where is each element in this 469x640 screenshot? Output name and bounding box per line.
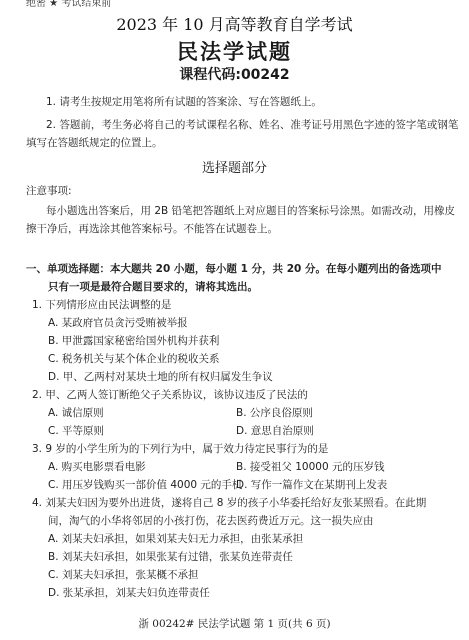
question-2-option-a: A. 诚信原则 bbox=[48, 405, 104, 420]
instruction-2-cont: 填写在答题纸规定的位置上。 bbox=[26, 135, 163, 150]
notes-label: 注意事项: bbox=[26, 183, 72, 198]
question-3-option-a: A. 购买电影票看电影 bbox=[48, 459, 146, 474]
instruction-2: 2. 答题前，考生务必将自己的考试课程名称、姓名、准考证号用黑色字迹的签字笔或钢… bbox=[46, 117, 458, 132]
question-1-option-b: B. 甲泄露国家秘密给国外机构并获利 bbox=[48, 333, 219, 348]
question-1-stem: 1. 下列情形应由民法调整的是 bbox=[32, 297, 171, 312]
question-4-option-d: D. 张某承担，刘某夫妇负连带责任 bbox=[48, 585, 210, 600]
exam-title: 2023 年 10 月高等教育自学考试 bbox=[0, 12, 469, 35]
question-3-option-c: C. 用压岁钱购买一部价值 4000 元的手机 bbox=[48, 477, 242, 492]
page-footer: 浙 00242# 民法学试题 第 1 页(共 6 页) bbox=[0, 616, 469, 631]
instruction-1: 1. 请考生按规定用笔将所有试题的答案涂、写在答题纸上。 bbox=[46, 94, 322, 109]
question-4-option-b: B. 刘某夫妇承担，如果张某有过错，张某负连带责任 bbox=[48, 549, 293, 564]
question-2-option-b: B. 公序良俗原则 bbox=[236, 405, 313, 420]
subject-title: 民法学试题 bbox=[0, 36, 469, 66]
question-1-option-a: A. 某政府官员贪污受贿被举报 bbox=[48, 315, 188, 330]
notes-line-1: 每小题选出答案后，用 2B 铅笔把答题纸上对应题目的答案标号涂黑。如需改动，用橡… bbox=[46, 203, 455, 218]
question-4-stem-cont: 间，淘气的小华将邻居的小孩打伤，花去医药费近万元。这一损失应由 bbox=[48, 513, 374, 528]
question-2-option-c: C. 平等原则 bbox=[48, 423, 104, 438]
question-1-option-d: D. 甲、乙两村对某块土地的所有权归属发生争议 bbox=[48, 369, 273, 384]
part-one-heading-cont: 只有一项是最符合题目要求的，请将其选出。 bbox=[48, 279, 258, 294]
course-code: 课程代码:00242 bbox=[0, 64, 469, 84]
question-4-option-c: C. 刘某夫妇承担，张某概不承担 bbox=[48, 567, 199, 582]
secret-mark: 绝密 ★ 考试结束前 bbox=[26, 0, 111, 9]
question-4-stem: 4. 刘某夫妇因为要外出进货，遂将自己 8 岁的孩子小华委托给好友张某照看。在此… bbox=[32, 495, 426, 510]
question-4-option-a: A. 刘某夫妇承担，如果刘某夫妇无力承担，由张某承担 bbox=[48, 531, 303, 546]
notes-line-2: 擦干净后，再选涂其他答案标号。不能答在试题卷上。 bbox=[26, 221, 278, 236]
question-2-option-d: D. 意思自治原则 bbox=[236, 423, 314, 438]
part-one-heading: 一、单项选择题：本大题共 20 小题，每小题 1 分，共 20 分。在每小题列出… bbox=[26, 261, 441, 276]
question-2-stem: 2. 甲、乙两人签订断绝父子关系协议，该协议违反了民法的 bbox=[32, 387, 308, 402]
question-3-option-d: D. 写作一篇作文在某期刊上发表 bbox=[236, 477, 387, 492]
question-3-stem: 3. 9 岁的小学生所为的下列行为中，属于效力待定民事行为的是 bbox=[32, 441, 328, 456]
section-title: 选择题部分 bbox=[0, 157, 469, 176]
question-1-option-c: C. 税务机关与某个体企业的税收关系 bbox=[48, 351, 220, 366]
question-3-option-b: B. 接受祖父 10000 元的压岁钱 bbox=[236, 459, 384, 474]
